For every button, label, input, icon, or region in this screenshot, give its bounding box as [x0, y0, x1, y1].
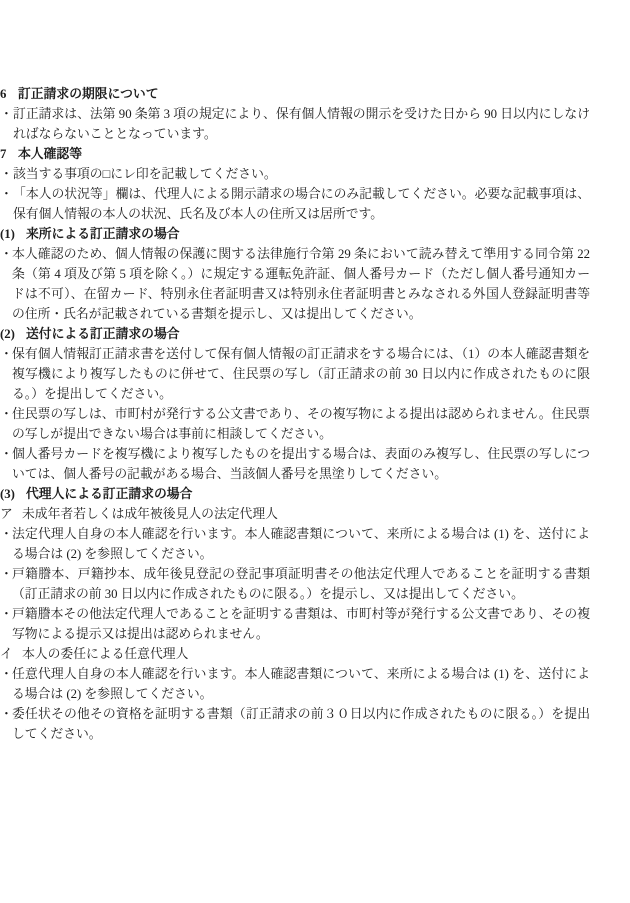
bullet-marker: ・ — [0, 444, 12, 464]
kana-item-i: イ本人の委任による任意代理人 — [0, 644, 590, 664]
bullet-item: ・住民票の写しは、市町村が発行する公文書であり、その複写物による提出は認められま… — [0, 404, 590, 444]
section-heading-6: 6訂正請求の期限について — [0, 84, 590, 104]
bullet-marker: ・ — [0, 564, 12, 584]
bullet-text: 法定代理人自身の本人確認を行います。本人確認書類について、来所による場合は (1… — [12, 524, 590, 564]
bullet-text: 保有個人情報訂正請求書を送付して保有個人情報の訂正請求をする場合には、（1）の本… — [12, 344, 590, 404]
bullet-text: 「本人の状況等」欄は、代理人による開示請求の場合にのみ記載してください。必要な記… — [13, 184, 590, 224]
section-number: 7 — [0, 144, 18, 164]
sub-heading-number: (2) — [0, 324, 26, 344]
kana-item-title: 本人の委任による任意代理人 — [22, 644, 590, 664]
bullet-text: 戸籍謄本その他法定代理人であることを証明する書類は、市町村等が発行する公文書であ… — [12, 604, 590, 644]
bullet-marker: ・ — [0, 704, 12, 724]
bullet-marker: ・ — [0, 184, 13, 204]
bullet-item: ・法定代理人自身の本人確認を行います。本人確認書類について、来所による場合は (… — [0, 524, 590, 564]
bullet-text: 本人確認のため、個人情報の保護に関する法律施行令第 29 条において読み替えて準… — [12, 244, 590, 324]
kana-item-label: イ — [0, 644, 22, 664]
kana-item-label: ア — [0, 504, 22, 524]
bullet-marker: ・ — [0, 244, 12, 264]
sub-heading-title: 送付による訂正請求の場合 — [26, 324, 590, 344]
sub-heading-1: (1)来所による訂正請求の場合 — [0, 224, 590, 244]
kana-item-title: 未成年者若しくは成年被後見人の法定代理人 — [22, 504, 590, 524]
section-title: 本人確認等 — [18, 144, 590, 164]
bullet-marker: ・ — [0, 664, 12, 684]
sub-heading-number: (3) — [0, 484, 26, 504]
bullet-marker: ・ — [0, 344, 12, 364]
bullet-marker: ・ — [0, 404, 12, 424]
bullet-text: 住民票の写しは、市町村が発行する公文書であり、その複写物による提出は認められませ… — [12, 404, 590, 444]
bullet-item: ・任意代理人自身の本人確認を行います。本人確認書類について、来所による場合は (… — [0, 664, 590, 704]
bullet-text: 戸籍謄本、戸籍抄本、成年後見登記の登記事項証明書その他法定代理人であることを証明… — [12, 564, 590, 604]
bullet-marker: ・ — [0, 164, 13, 184]
bullet-text: 個人番号カードを複写機により複写したものを提出する場合は、表面のみ複写し、住民票… — [12, 444, 590, 484]
sub-heading-title: 代理人による訂正請求の場合 — [26, 484, 590, 504]
bullet-marker: ・ — [0, 604, 12, 624]
bullet-marker: ・ — [0, 524, 12, 544]
bullet-item: ・本人確認のため、個人情報の保護に関する法律施行令第 29 条において読み替えて… — [0, 244, 590, 324]
section-number: 6 — [0, 84, 18, 104]
bullet-text: 訂正請求は、法第 90 条第 3 項の規定により、保有個人情報の開示を受けた日か… — [13, 104, 590, 144]
document-page: 6訂正請求の期限について ・訂正請求は、法第 90 条第 3 項の規定により、保… — [0, 0, 630, 903]
kana-item-a: ア未成年者若しくは成年被後見人の法定代理人 — [0, 504, 590, 524]
bullet-text: 該当する事項の□にレ印を記載してください。 — [13, 164, 590, 184]
section-heading-7: 7本人確認等 — [0, 144, 590, 164]
sub-heading-number: (1) — [0, 224, 26, 244]
section-title: 訂正請求の期限について — [18, 84, 590, 104]
sub-heading-3: (3)代理人による訂正請求の場合 — [0, 484, 590, 504]
sub-heading-2: (2)送付による訂正請求の場合 — [0, 324, 590, 344]
bullet-item: ・該当する事項の□にレ印を記載してください。 — [0, 164, 590, 184]
bullet-marker: ・ — [0, 104, 13, 124]
bullet-text: 委任状その他その資格を証明する書類（訂正請求の前３０日以内に作成されたものに限る… — [12, 704, 590, 744]
bullet-item: ・委任状その他その資格を証明する書類（訂正請求の前３０日以内に作成されたものに限… — [0, 704, 590, 744]
bullet-text: 任意代理人自身の本人確認を行います。本人確認書類について、来所による場合は (1… — [12, 664, 590, 704]
bullet-item: ・個人番号カードを複写機により複写したものを提出する場合は、表面のみ複写し、住民… — [0, 444, 590, 484]
bullet-item: ・戸籍謄本、戸籍抄本、成年後見登記の登記事項証明書その他法定代理人であることを証… — [0, 564, 590, 604]
bullet-item: ・「本人の状況等」欄は、代理人による開示請求の場合にのみ記載してください。必要な… — [0, 184, 590, 224]
bullet-item: ・戸籍謄本その他法定代理人であることを証明する書類は、市町村等が発行する公文書で… — [0, 604, 590, 644]
bullet-item: ・訂正請求は、法第 90 条第 3 項の規定により、保有個人情報の開示を受けた日… — [0, 104, 590, 144]
sub-heading-title: 来所による訂正請求の場合 — [26, 224, 590, 244]
bullet-item: ・保有個人情報訂正請求書を送付して保有個人情報の訂正請求をする場合には、（1）の… — [0, 344, 590, 404]
